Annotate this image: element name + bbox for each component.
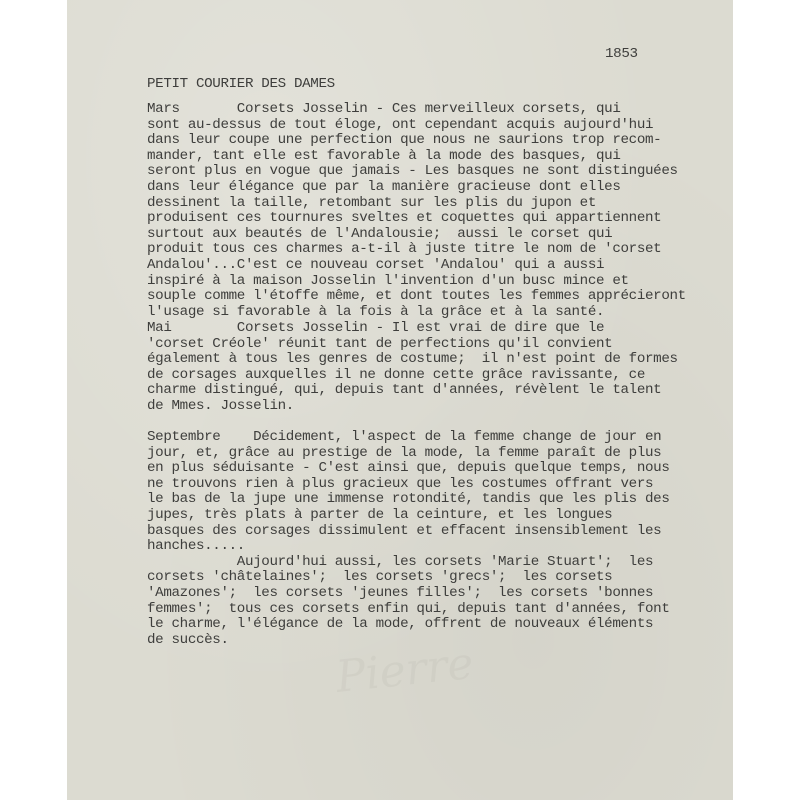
- text-line: produisent ces tournures sveltes et coqu…: [147, 211, 686, 227]
- text-line: surtout aux beautés de l'Andalousie; aus…: [147, 227, 686, 243]
- section-septembre: Septembre Décidement, l'aspect de la fem…: [147, 430, 670, 648]
- typewritten-page: 1853 PETIT COURIER DES DAMES Mars Corset…: [67, 0, 733, 800]
- text-line: mander, tant elle est favorable à la mod…: [147, 149, 686, 165]
- text-line: charme distingué, qui, depuis tant d'ann…: [147, 383, 678, 399]
- text-line: Aujourd'hui aussi, les corsets 'Marie St…: [147, 555, 670, 571]
- text-line: corsets 'châtelaines'; les corsets 'grec…: [147, 570, 670, 586]
- text-line: en plus séduisante - C'est ainsi que, de…: [147, 461, 670, 477]
- text-line: jupes, très plats à parter de la ceintur…: [147, 508, 670, 524]
- text-line: de Mmes. Josselin.: [147, 399, 678, 415]
- text-line: l'usage si favorable à la fois à la grâc…: [147, 305, 686, 321]
- text-line: Septembre Décidement, l'aspect de la fem…: [147, 430, 670, 446]
- text-line: 'Amazones'; les corsets 'jeunes filles';…: [147, 586, 670, 602]
- text-line: inspiré à la maison Josselin l'invention…: [147, 274, 686, 290]
- section-mai: Mai Corsets Josselin - Il est vrai de di…: [147, 321, 678, 415]
- text-line: souple comme l'étoffe même, et dont tout…: [147, 289, 686, 305]
- page-year: 1853: [605, 47, 638, 63]
- text-line: le bas de la jupe une immense rotondité,…: [147, 492, 670, 508]
- text-line: Mai Corsets Josselin - Il est vrai de di…: [147, 321, 678, 337]
- text-line: également à tous les genres de costume; …: [147, 352, 678, 368]
- text-line: Mars Corsets Josselin - Ces merveilleux …: [147, 102, 686, 118]
- text-line: le charme, l'élégance de la mode, offren…: [147, 617, 670, 633]
- text-line: 'corset Créole' réunit tant de perfectio…: [147, 337, 678, 353]
- text-line: jour, et, grâce au prestige de la mode, …: [147, 446, 670, 462]
- text-line: hanches.....: [147, 539, 670, 555]
- document-title: PETIT COURIER DES DAMES: [147, 77, 335, 93]
- text-line: de corsages auxquelles il ne donne cette…: [147, 368, 678, 384]
- text-line: basques des corsages dissimulent et effa…: [147, 524, 670, 540]
- text-line: dessinent la taille, retombant sur les p…: [147, 196, 686, 212]
- text-line: dans leur coupe une perfection que nous …: [147, 133, 686, 149]
- text-line: dans leur élégance que par la manière gr…: [147, 180, 686, 196]
- section-mars: Mars Corsets Josselin - Ces merveilleux …: [147, 102, 686, 320]
- text-line: seront plus en vogue que jamais - Les ba…: [147, 164, 686, 180]
- text-line: sont au-dessus de tout éloge, ont cepend…: [147, 118, 686, 134]
- text-line: produit tous ces charmes a-t-il à juste …: [147, 242, 686, 258]
- text-line: ne trouvons rien à plus gracieux que les…: [147, 477, 670, 493]
- text-line: femmes'; tous ces corsets enfin qui, dep…: [147, 602, 670, 618]
- text-line: Andalou'...C'est ce nouveau corset 'Anda…: [147, 258, 686, 274]
